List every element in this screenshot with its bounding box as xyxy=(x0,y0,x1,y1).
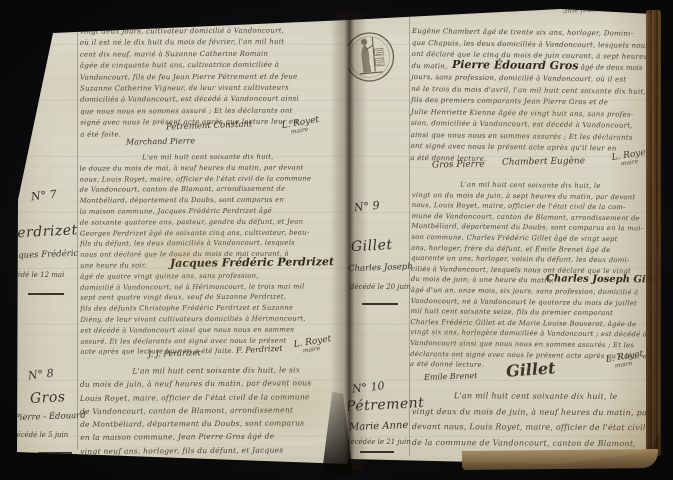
officiant-title: maire xyxy=(614,358,645,370)
deceased-name: Pierre Édouard Gros xyxy=(452,58,579,72)
signature-officiant-royet-4: L. Royetmaire xyxy=(605,349,645,371)
signature-officiant-royet-2: L. Royetmaire xyxy=(293,334,333,356)
signature-gros-pierre: Gros Pierre xyxy=(432,160,485,171)
margin-death-note-7: décédé le 12 mai xyxy=(4,271,64,279)
margin-number-8: N° 8 xyxy=(27,367,54,383)
signature-emile-brenet: Emile Brenet xyxy=(424,371,478,382)
margin-given-gros: Pierre - Édouard xyxy=(14,411,86,423)
margin-death-note-8: décédé le 5 juin xyxy=(12,431,68,439)
signature-petrement-constant: Pétrement Constant xyxy=(166,119,253,132)
margin-given-perdrizet: Jacques Frédéric xyxy=(5,249,79,262)
left-margin-rule xyxy=(77,30,78,450)
page-stack-bottom-edge xyxy=(462,449,658,470)
deceased-name-tail: âgé de deux mois xyxy=(578,63,642,72)
officiant-title: maire xyxy=(302,343,333,355)
signature-marchand-pierre: Marchand Pierre xyxy=(126,136,195,146)
officiant-name: L. Royet xyxy=(293,334,332,350)
signature-f-perdrizet: F. Perdrizet xyxy=(236,344,283,355)
margin-surname-perdrizet: Perdrizet xyxy=(8,222,78,242)
officiant-name: L. Royet xyxy=(281,115,320,131)
margin-number-7: N° 7 xyxy=(30,188,57,204)
record-8-perdrizet-text: L'an mil huit cent soixante dix huit, le… xyxy=(79,151,346,358)
signature-officiant-royet-1: L. Royetmaire xyxy=(281,115,321,137)
record-10-gillet-text: L'an mil huit cent soixante dix huit, le… xyxy=(410,179,654,372)
officiant-title: maire xyxy=(290,124,321,136)
signature-jj-perdrizet: J. J. Perdrizet xyxy=(148,348,201,359)
record-9-gros-end-text: Eugène Chambert âgé de trente six ans, h… xyxy=(410,26,658,167)
signature-officiant-royet-3: L. Royetmaire xyxy=(611,147,651,169)
margin-surname-gros: Gros xyxy=(30,389,66,407)
right-margin-rule xyxy=(409,16,410,456)
register-scan: vingt deux jours, cultivateur domicilié … xyxy=(0,0,673,480)
officiant-name: L. Royet xyxy=(605,349,644,365)
record-11-petrement-start-text: L'an mil huit cent soixante dix huit, le… xyxy=(412,388,658,451)
margin-underline-7 xyxy=(28,293,64,295)
record-9-gros-start-text: L'an mil huit cent soixante dix huit, le… xyxy=(80,363,349,458)
signature-chambert-eugene: Chambert Eugène xyxy=(502,156,585,167)
margin-underline-8 xyxy=(38,452,72,454)
signature-gillet-large: Gillet xyxy=(505,358,556,380)
folio-corner-note: 3me feuille xyxy=(563,5,603,15)
record-7-continuation-text: vingt deux jours, cultivateur domicilié … xyxy=(80,25,343,140)
officiant-name: L. Royet xyxy=(611,147,650,163)
deceased-name-gros: Pierre Édouard Gros âgé de deux mois xyxy=(452,58,643,73)
page-stack-right-edge xyxy=(646,10,661,456)
deceased-name-perdrizet: Jacques Frédéric Perdrizet xyxy=(170,255,334,270)
